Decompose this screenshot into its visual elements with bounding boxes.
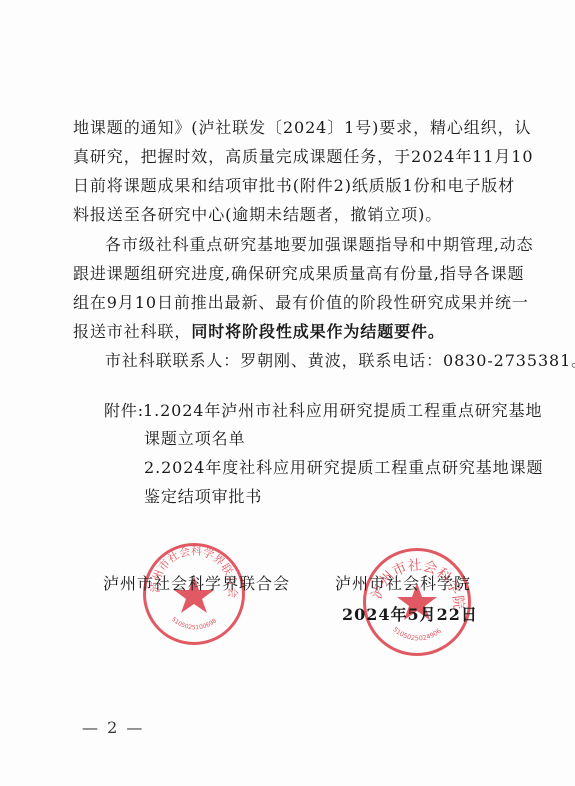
attachment-2-line-1: 2.2024年度社科应用研究提质工程重点研究基地课题 (144, 458, 543, 478)
signature-date: 2024年5月22日 (342, 605, 478, 625)
left-stamp-code: 5105025100698 (170, 616, 218, 631)
page-number: — 2 — (82, 718, 144, 737)
left-official-stamp: 泸州市社会科学界联合会 5105025100698 (143, 543, 245, 645)
paragraph1-line-1: 地课题的通知》(泸社联发〔2024〕1号)要求，精心组织，认 (73, 118, 497, 138)
svg-text:5105025024906: 5105025024906 (391, 625, 443, 642)
attachment-2-line-2: 鉴定结项审批书 (144, 487, 262, 507)
paragraph2-line-2: 跟进课题组研究进度,确保研究成果质量高有份量,指导各课题 (73, 264, 497, 284)
paragraph1-line-4: 料报送至各研究中心(逾期未结题者，撤销立项)。 (73, 205, 497, 225)
right-official-stamp: 泸州市社会科学院 5105025024906 (363, 548, 471, 656)
paragraph1-line-3: 日前将课题成果和结项审批书(附件2)纸质版1份和电子版材 (73, 176, 497, 196)
left-signature-org: 泸州市社会科学界联合会 (103, 574, 290, 594)
star-icon: 泸州市社会科学界联合会 5105025100698 (146, 546, 242, 642)
right-stamp-code: 5105025024906 (391, 625, 443, 642)
attachment-1-line-2: 课题立项名单 (144, 429, 245, 449)
attachments-label: 附件: (104, 401, 144, 421)
paragraph2-line-3: 组在9月10日前推出最新、最有价值的阶段性研究成果并统一 (73, 293, 497, 313)
attachment-1-line-1: 1.2024年泸州市社科应用研究提质工程重点研究基地 (143, 401, 542, 421)
document-page: 地课题的通知》(泸社联发〔2024〕1号)要求，精心组织，认 真研究，把握时效，… (0, 0, 575, 786)
svg-text:5105025100698: 5105025100698 (170, 616, 218, 631)
paragraph2-line-4: 报送市社科联，同时将阶段性成果作为结题要件。 (73, 322, 497, 342)
paragraph1-line-2: 真研究，把握时效，高质量完成课题任务，于2024年11月10 (73, 147, 497, 167)
paragraph2-last-normal: 报送市社科联， (73, 322, 191, 341)
star-icon: 泸州市社会科学院 5105025024906 (366, 551, 468, 653)
right-signature-org: 泸州市社会科学院 (335, 574, 471, 594)
paragraph2-line-1: 各市级社科重点研究基地要加强课题指导和中期管理,动态 (105, 235, 497, 255)
paragraph2-last-bold: 同时将阶段性成果作为结题要件。 (191, 322, 445, 341)
contact-line: 市社科联联系人：罗朝刚、黄波，联系电话：0830-2735381。 (105, 351, 497, 371)
